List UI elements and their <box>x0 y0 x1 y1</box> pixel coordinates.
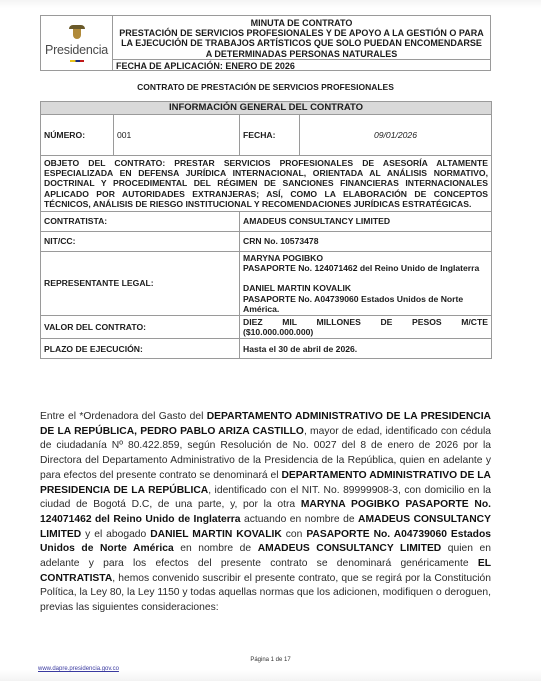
numero-value: 001 <box>114 115 240 156</box>
header-title-line: PRESTACIÓN DE SERVICIOS PROFESIONALES Y … <box>113 28 490 38</box>
representante-label: REPRESENTANTE LEGAL: <box>41 252 240 316</box>
coat-of-arms-icon <box>71 25 83 41</box>
text-segment: con <box>282 529 306 540</box>
fecha-label: FECHA: <box>240 115 300 156</box>
contratista-label: CONTRATISTA: <box>41 212 240 232</box>
document-page: Presidencia MINUTA DE CONTRATO PRESTACIÓ… <box>0 0 541 681</box>
nit-value: CRN No. 10573478 <box>240 232 492 252</box>
valor-value: DIEZ MIL MILLONES DE PESOS M/CTE ($10.00… <box>240 316 492 339</box>
fecha-value: 09/01/2026 <box>300 115 492 156</box>
nit-label: NIT/CC: <box>41 232 240 252</box>
representante-name: MARYNA POGIBKO <box>243 253 488 263</box>
table-heading: INFORMACIÓN GENERAL DEL CONTRATO <box>41 102 492 115</box>
bold-segment: AMADEUS CONSULTANCY LIMITED <box>258 543 442 554</box>
header-title-line: A DETERMINADAS PERSONAS NATURALES <box>113 49 490 59</box>
application-date: FECHA DE APLICACIÓN: ENERO DE 2026 <box>113 60 490 72</box>
contract-info-table: INFORMACIÓN GENERAL DEL CONTRATO NÚMERO:… <box>40 101 492 359</box>
header-title-line: MINUTA DE CONTRATO <box>113 18 490 28</box>
contract-title: CONTRATO DE PRESTACIÓN DE SERVICIOS PROF… <box>40 82 491 92</box>
plazo-label: PLAZO DE EJECUCIÓN: <box>41 339 240 359</box>
footer-url-link[interactable]: www.dapre.presidencia.gov.co <box>38 666 119 672</box>
text-segment: y el abogado <box>81 529 150 540</box>
representante-value: MARYNA POGIBKO PASAPORTE No. 124071462 d… <box>240 252 492 316</box>
document-header: Presidencia MINUTA DE CONTRATO PRESTACIÓ… <box>40 15 491 71</box>
objeto-del-contrato: OBJETO DEL CONTRATO: PRESTAR SERVICIOS P… <box>41 156 492 212</box>
text-segment: en nombre de <box>174 543 258 554</box>
page-number: Página 1 de 17 <box>0 657 541 663</box>
contract-preamble: Entre el *Ordenadora del Gasto del DEPAR… <box>40 410 491 616</box>
flag-bar-icon <box>70 60 84 62</box>
valor-number: ($10.000.000.000) <box>243 327 488 337</box>
header-title: MINUTA DE CONTRATO PRESTACIÓN DE SERVICI… <box>113 16 490 60</box>
representante-name: DANIEL MARTIN KOVALIK <box>243 283 488 293</box>
presidencia-logo: Presidencia <box>41 16 113 70</box>
text-segment: actuando en nombre de <box>241 514 359 525</box>
text-segment: Entre el *Ordenadora del Gasto del <box>40 411 207 422</box>
representante-doc: PASAPORTE No. 124071462 del Reino Unido … <box>243 263 488 273</box>
representante-doc: PASAPORTE No. A04739060 Estados Unidos d… <box>243 294 488 314</box>
numero-label: NÚMERO: <box>41 115 114 156</box>
valor-words: DIEZ MIL MILLONES DE PESOS M/CTE <box>243 317 488 327</box>
contratista-value: AMADEUS CONSULTANCY LIMITED <box>240 212 492 232</box>
logo-text: Presidencia <box>45 43 108 57</box>
bold-segment: DANIEL MARTIN KOVALIK <box>150 529 282 540</box>
plazo-value: Hasta el 30 de abril de 2026. <box>240 339 492 359</box>
valor-label: VALOR DEL CONTRATO: <box>41 316 240 339</box>
header-title-line: LA EJECUCIÓN DE TRABAJOS ARTÍSTICOS QUE … <box>113 38 490 48</box>
